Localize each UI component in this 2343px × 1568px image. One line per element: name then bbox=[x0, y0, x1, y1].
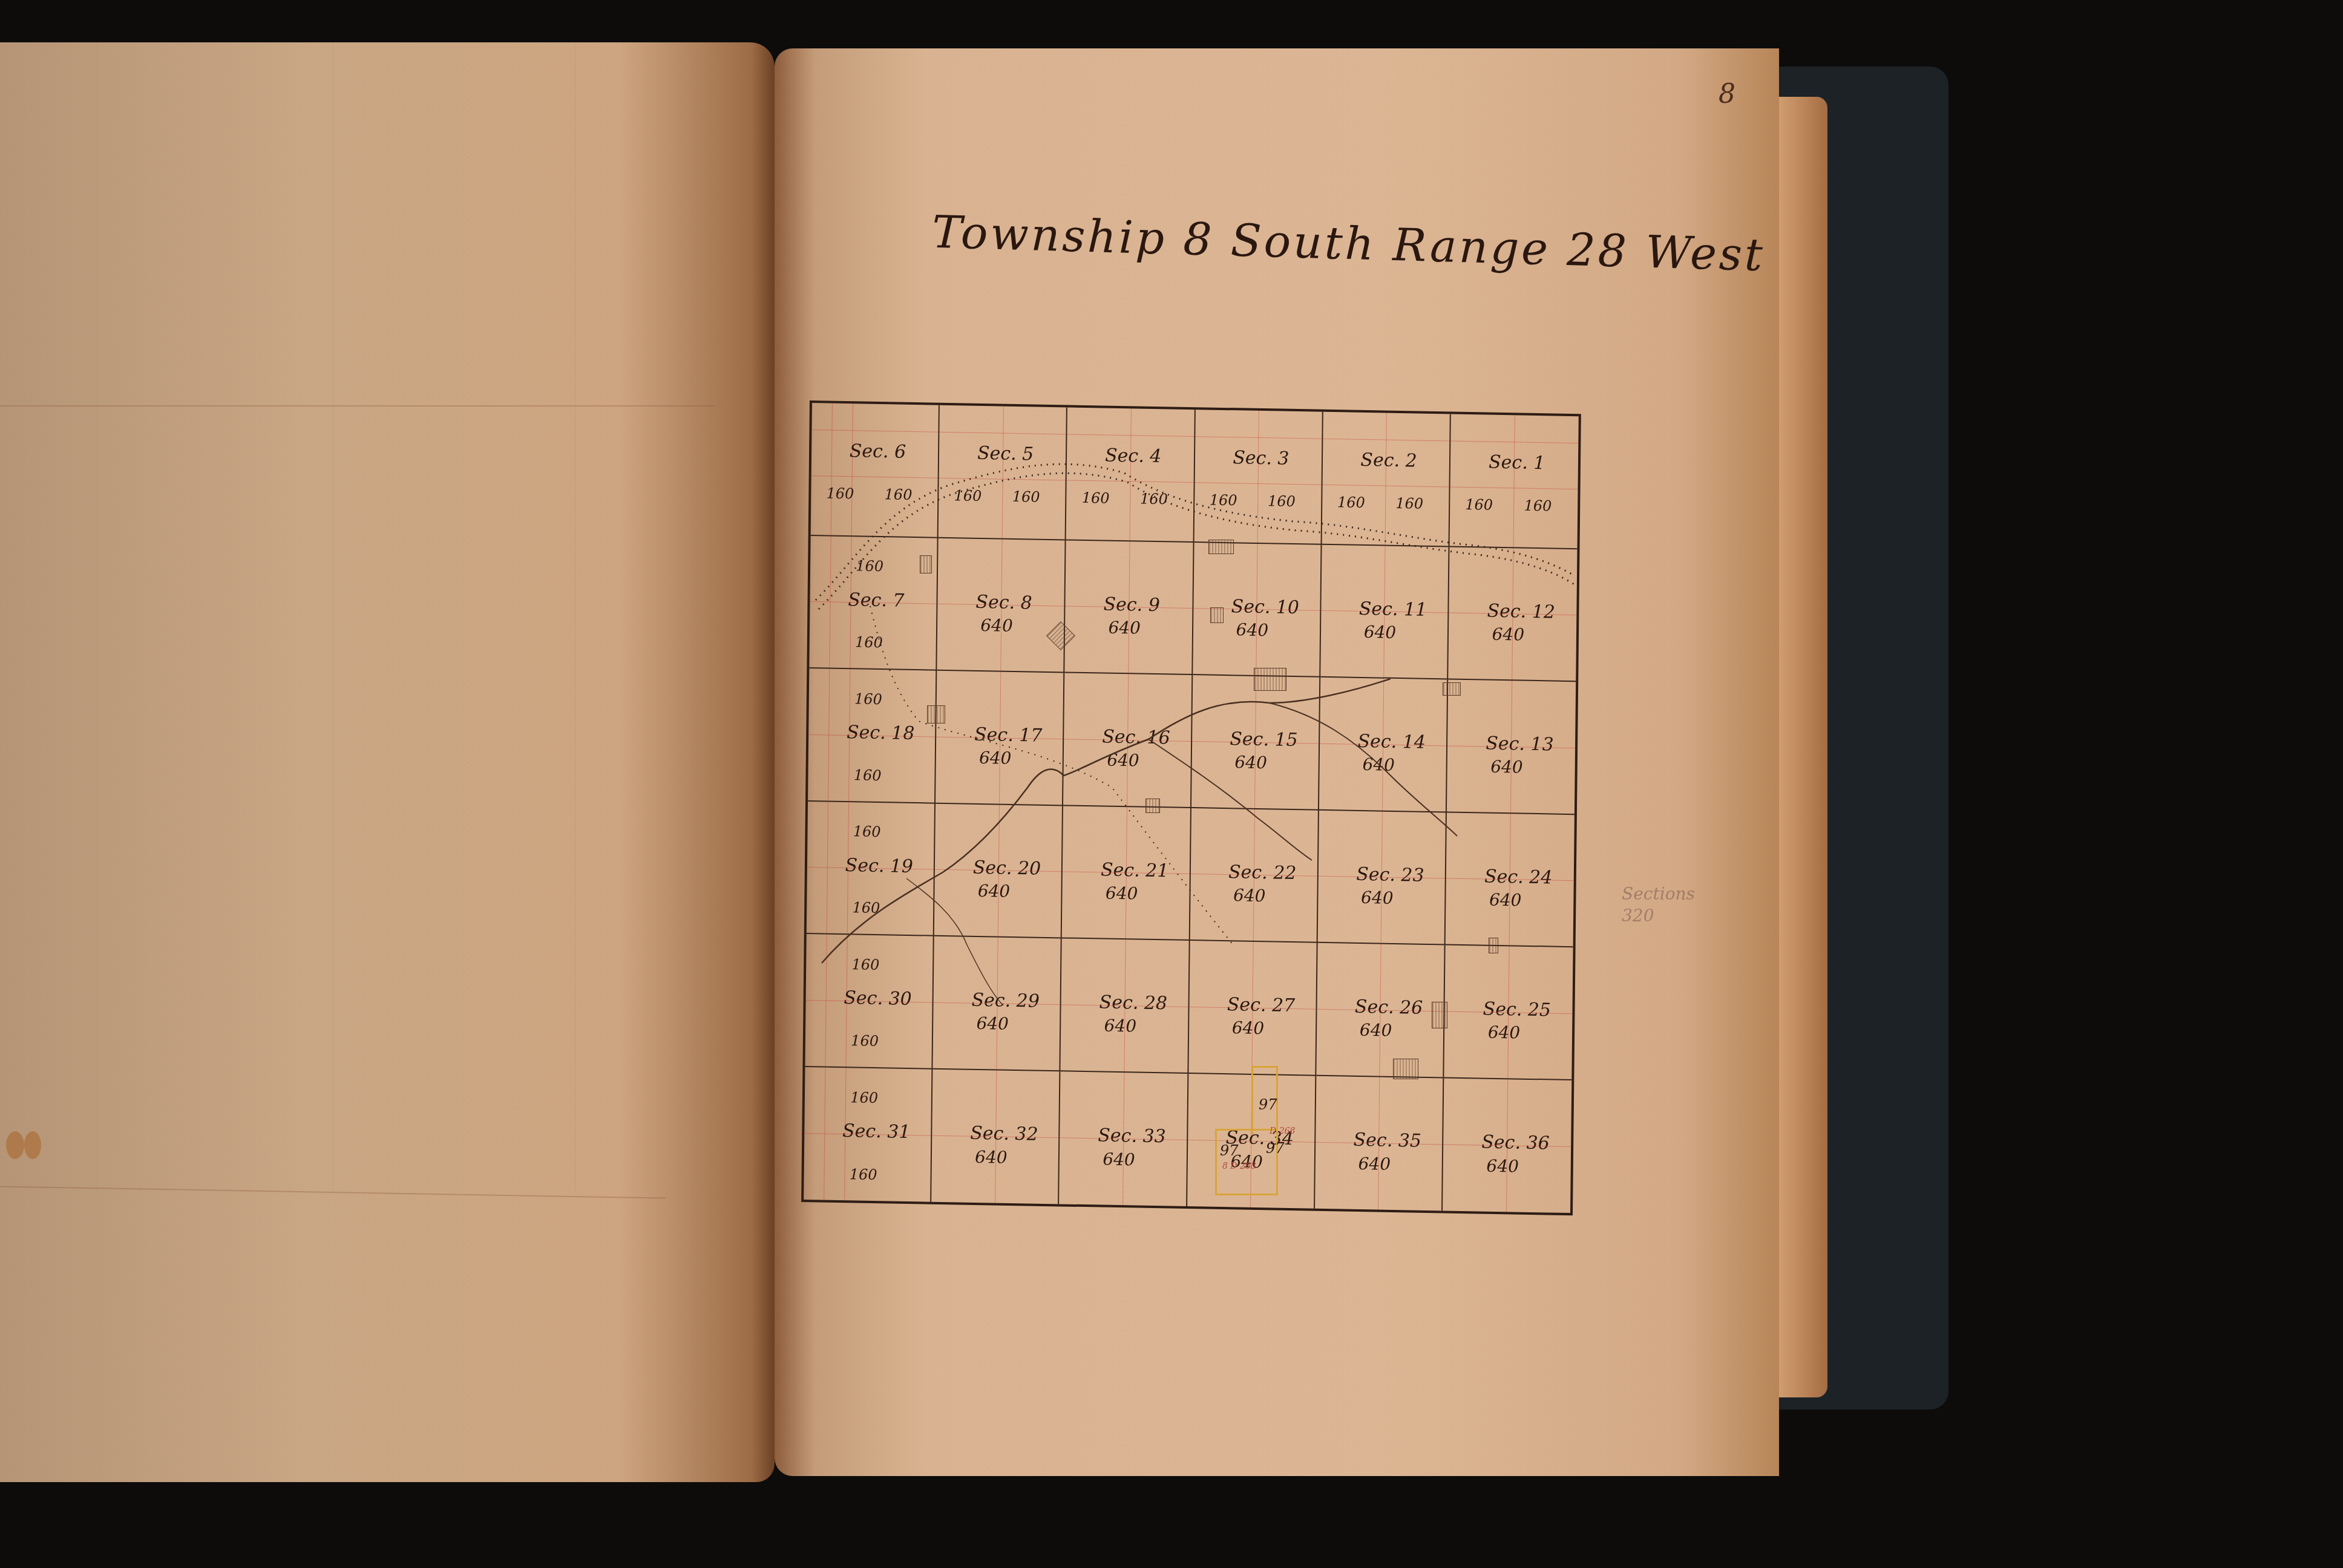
lot-acreage: 160 bbox=[1395, 495, 1423, 512]
section-label: Sec. 21 bbox=[1101, 859, 1169, 881]
plat-section: Sec. 11640 bbox=[1320, 544, 1449, 679]
plat-section: Sec. 35640 bbox=[1315, 1076, 1444, 1210]
plat-section: Sec. 32640 bbox=[931, 1069, 1060, 1204]
section-acreage: 640 bbox=[1232, 1018, 1265, 1038]
plat-section: Sec. 8640 bbox=[937, 538, 1066, 673]
section-acreage: 640 bbox=[1490, 757, 1523, 777]
plat-section: Sec. 19160160 bbox=[807, 802, 936, 936]
section-acreage: 640 bbox=[980, 615, 1013, 636]
plat-section: Sec. 36640 bbox=[1443, 1078, 1571, 1213]
left-page bbox=[0, 42, 775, 1482]
lot-line bbox=[1067, 434, 1194, 437]
lot-line bbox=[1323, 438, 1449, 441]
lot-acreage: 160 bbox=[1012, 488, 1040, 506]
plat-section: Sec. 4160160 bbox=[1066, 407, 1195, 542]
lot-line bbox=[828, 669, 830, 801]
section-label: Sec. 4 bbox=[1105, 445, 1162, 467]
section-label: Sec. 36 bbox=[1481, 1132, 1550, 1154]
section-acreage: 640 bbox=[1233, 885, 1266, 906]
section-label: Sec. 10 bbox=[1231, 596, 1300, 618]
margin-note: Sections 320 bbox=[1622, 883, 1695, 927]
field-marker bbox=[1208, 540, 1234, 554]
field-marker bbox=[1432, 1002, 1447, 1028]
section-acreage: 640 bbox=[1361, 887, 1394, 908]
lot-acreage: 160 bbox=[1268, 492, 1296, 510]
lot-acreage: 160 bbox=[954, 487, 981, 505]
lot-line bbox=[811, 430, 938, 433]
field-marker bbox=[1254, 668, 1286, 691]
section-acreage: 640 bbox=[1108, 617, 1141, 638]
section-acreage: 640 bbox=[1234, 752, 1267, 773]
section-acreage: 640 bbox=[978, 881, 1011, 901]
plat-section: Sec. 21640 bbox=[1062, 806, 1191, 941]
red-annotation: D 268 bbox=[1270, 1126, 1295, 1136]
field-marker bbox=[920, 555, 932, 573]
section-label: Sec. 3 bbox=[1233, 447, 1289, 469]
plat-section: Sec. 9640 bbox=[1065, 540, 1194, 675]
section-label: Sec. 5 bbox=[977, 443, 1034, 465]
lot-line bbox=[830, 536, 831, 668]
plat-section: Sec. 1160160 bbox=[1449, 414, 1578, 549]
lot-acreage: 160 bbox=[855, 634, 883, 652]
plat-section: Sec. 12640 bbox=[1448, 547, 1577, 682]
section-label: Sec. 35 bbox=[1353, 1129, 1421, 1152]
left-page-rule bbox=[333, 42, 333, 1192]
red-annotation: 8 D 268 bbox=[1222, 1161, 1256, 1171]
left-page-rule bbox=[575, 42, 575, 1192]
section-label: Sec. 7 bbox=[848, 589, 905, 612]
lot-line bbox=[940, 431, 1066, 434]
field-marker bbox=[1489, 938, 1498, 953]
section-acreage: 640 bbox=[1107, 750, 1139, 771]
plat-section: Sec. 17640 bbox=[936, 671, 1064, 806]
township-plat: Sec. 6160160Sec. 5160160Sec. 4160160Sec.… bbox=[801, 400, 1581, 1215]
plat-section: Sec. 16640 bbox=[1063, 673, 1192, 808]
stain bbox=[6, 1131, 24, 1159]
field-marker bbox=[927, 705, 945, 724]
plat-section: Sec. 31160160 bbox=[804, 1067, 932, 1202]
section-acreage: 640 bbox=[1364, 622, 1397, 642]
section-label: Sec. 13 bbox=[1486, 733, 1554, 756]
plat-section: Sec. 27640 bbox=[1188, 941, 1317, 1076]
section-label: Sec. 6 bbox=[850, 440, 906, 463]
lot-line bbox=[825, 935, 827, 1067]
section-label: Sec. 9 bbox=[1103, 593, 1160, 616]
section-label: Sec. 17 bbox=[974, 724, 1043, 746]
lot-acreage: 160 bbox=[1082, 489, 1110, 507]
lot-acreage: 160 bbox=[851, 956, 879, 973]
section-acreage: 640 bbox=[1103, 1149, 1135, 1169]
section-acreage: 640 bbox=[975, 1147, 1008, 1168]
section-label: Sec. 28 bbox=[1099, 991, 1168, 1014]
lot-acreage: 160 bbox=[854, 766, 882, 784]
margin-note-line: 320 bbox=[1622, 905, 1695, 927]
lot-acreage: 160 bbox=[853, 823, 881, 841]
section-acreage: 640 bbox=[1492, 624, 1524, 644]
plat-section: Sec. 30160160 bbox=[805, 934, 934, 1069]
section-acreage: 640 bbox=[1362, 754, 1395, 775]
section-label: Sec. 31 bbox=[842, 1120, 911, 1143]
plat-section: Sec. 7160160 bbox=[809, 536, 938, 671]
section-label: Sec. 33 bbox=[1098, 1125, 1166, 1148]
claim-value: 97 bbox=[1220, 1142, 1239, 1159]
section-label: Sec. 8 bbox=[975, 591, 1032, 613]
lot-acreage: 160 bbox=[826, 485, 854, 502]
section-label: Sec. 22 bbox=[1228, 861, 1297, 884]
lot-line bbox=[1450, 440, 1578, 443]
plat-section: Sec. 2160160 bbox=[1322, 412, 1450, 547]
section-label: Sec. 26 bbox=[1355, 996, 1423, 1019]
section-label: Sec. 23 bbox=[1356, 863, 1424, 886]
section-acreage: 640 bbox=[976, 1013, 1009, 1034]
field-marker bbox=[1443, 682, 1461, 696]
lot-line bbox=[831, 403, 833, 535]
section-label: Sec. 29 bbox=[971, 990, 1040, 1012]
plat-section: Sec. 28640 bbox=[1061, 938, 1190, 1073]
section-acreage: 640 bbox=[1486, 1155, 1519, 1176]
plat-section: Sec. 22640 bbox=[1190, 808, 1319, 943]
section-acreage: 640 bbox=[979, 748, 1012, 768]
section-acreage: 640 bbox=[1236, 619, 1269, 640]
section-acreage: 640 bbox=[1360, 1020, 1392, 1040]
plat-section: Sec. 20640 bbox=[934, 803, 1063, 938]
lot-line bbox=[827, 802, 828, 933]
section-acreage: 640 bbox=[1106, 883, 1138, 903]
lot-acreage: 160 bbox=[854, 690, 882, 708]
section-label: Sec. 16 bbox=[1102, 727, 1170, 749]
lot-acreage: 160 bbox=[1465, 496, 1493, 514]
page-number: 8 bbox=[1719, 79, 1735, 109]
claim-value: 97 bbox=[1259, 1096, 1277, 1113]
section-label: Sec. 2 bbox=[1360, 449, 1417, 472]
plat-section: Sec. 29640 bbox=[933, 936, 1062, 1071]
plat-section: Sec. 5160160 bbox=[939, 405, 1067, 540]
lot-acreage: 160 bbox=[851, 1032, 879, 1050]
section-label: Sec. 18 bbox=[847, 722, 915, 744]
section-label: Sec. 27 bbox=[1227, 994, 1296, 1016]
section-acreage: 640 bbox=[1488, 1022, 1521, 1043]
lot-acreage: 160 bbox=[1524, 497, 1552, 514]
section-label: Sec. 30 bbox=[844, 987, 912, 1010]
section-label: Sec. 25 bbox=[1483, 999, 1552, 1021]
field-marker bbox=[1210, 607, 1224, 623]
plat-section: Sec. 33640 bbox=[1059, 1071, 1188, 1206]
field-marker bbox=[1393, 1059, 1418, 1079]
section-label: Sec. 1 bbox=[1489, 451, 1545, 474]
plat-section: Sec. 15640 bbox=[1191, 675, 1320, 810]
plat-section: Sec. 14640 bbox=[1319, 678, 1448, 812]
section-label: Sec. 15 bbox=[1230, 728, 1298, 751]
lot-acreage: 160 bbox=[1210, 491, 1237, 509]
section-label: Sec. 32 bbox=[970, 1123, 1038, 1145]
plat-section: Sec. 6160160 bbox=[811, 403, 940, 538]
plat-section: Sec. 13640 bbox=[1447, 679, 1576, 814]
section-grid: Sec. 6160160Sec. 5160160Sec. 4160160Sec.… bbox=[804, 403, 1579, 1213]
plat-section: Sec. 18160160 bbox=[808, 668, 937, 803]
margin-note-line: Sections bbox=[1622, 883, 1695, 905]
section-acreage: 640 bbox=[1489, 889, 1522, 910]
section-label: Sec. 12 bbox=[1487, 600, 1555, 622]
left-page-rule bbox=[97, 42, 97, 1192]
field-marker bbox=[1145, 799, 1160, 813]
section-label: Sec. 24 bbox=[1484, 866, 1553, 888]
left-page-rule bbox=[0, 405, 714, 407]
section-label: Sec. 14 bbox=[1357, 731, 1426, 753]
section-acreage: 640 bbox=[1358, 1154, 1391, 1174]
lot-acreage: 160 bbox=[885, 486, 913, 503]
claim-value: 97 bbox=[1266, 1140, 1285, 1157]
section-label: Sec. 20 bbox=[973, 857, 1041, 879]
section-acreage: 640 bbox=[1104, 1016, 1136, 1036]
lot-acreage: 160 bbox=[856, 558, 883, 575]
lot-acreage: 160 bbox=[852, 900, 880, 917]
lot-line bbox=[1195, 436, 1322, 439]
section-label: Sec. 11 bbox=[1359, 598, 1427, 620]
lot-acreage: 160 bbox=[1337, 494, 1365, 511]
plat-section: Sec. 23640 bbox=[1317, 810, 1446, 945]
section-label: Sec. 19 bbox=[845, 855, 914, 877]
stain bbox=[24, 1131, 41, 1159]
lot-acreage: 160 bbox=[850, 1089, 878, 1106]
plat-section: Sec. 24640 bbox=[1445, 812, 1574, 947]
plat-section: Sec. 3160160 bbox=[1194, 410, 1323, 544]
lot-acreage: 160 bbox=[850, 1166, 877, 1183]
lot-acreage: 160 bbox=[1140, 490, 1168, 508]
plat-section: Sec. 26640 bbox=[1316, 943, 1445, 1078]
plat-section: Sec. 25640 bbox=[1444, 945, 1573, 1080]
lot-line bbox=[824, 1067, 826, 1200]
